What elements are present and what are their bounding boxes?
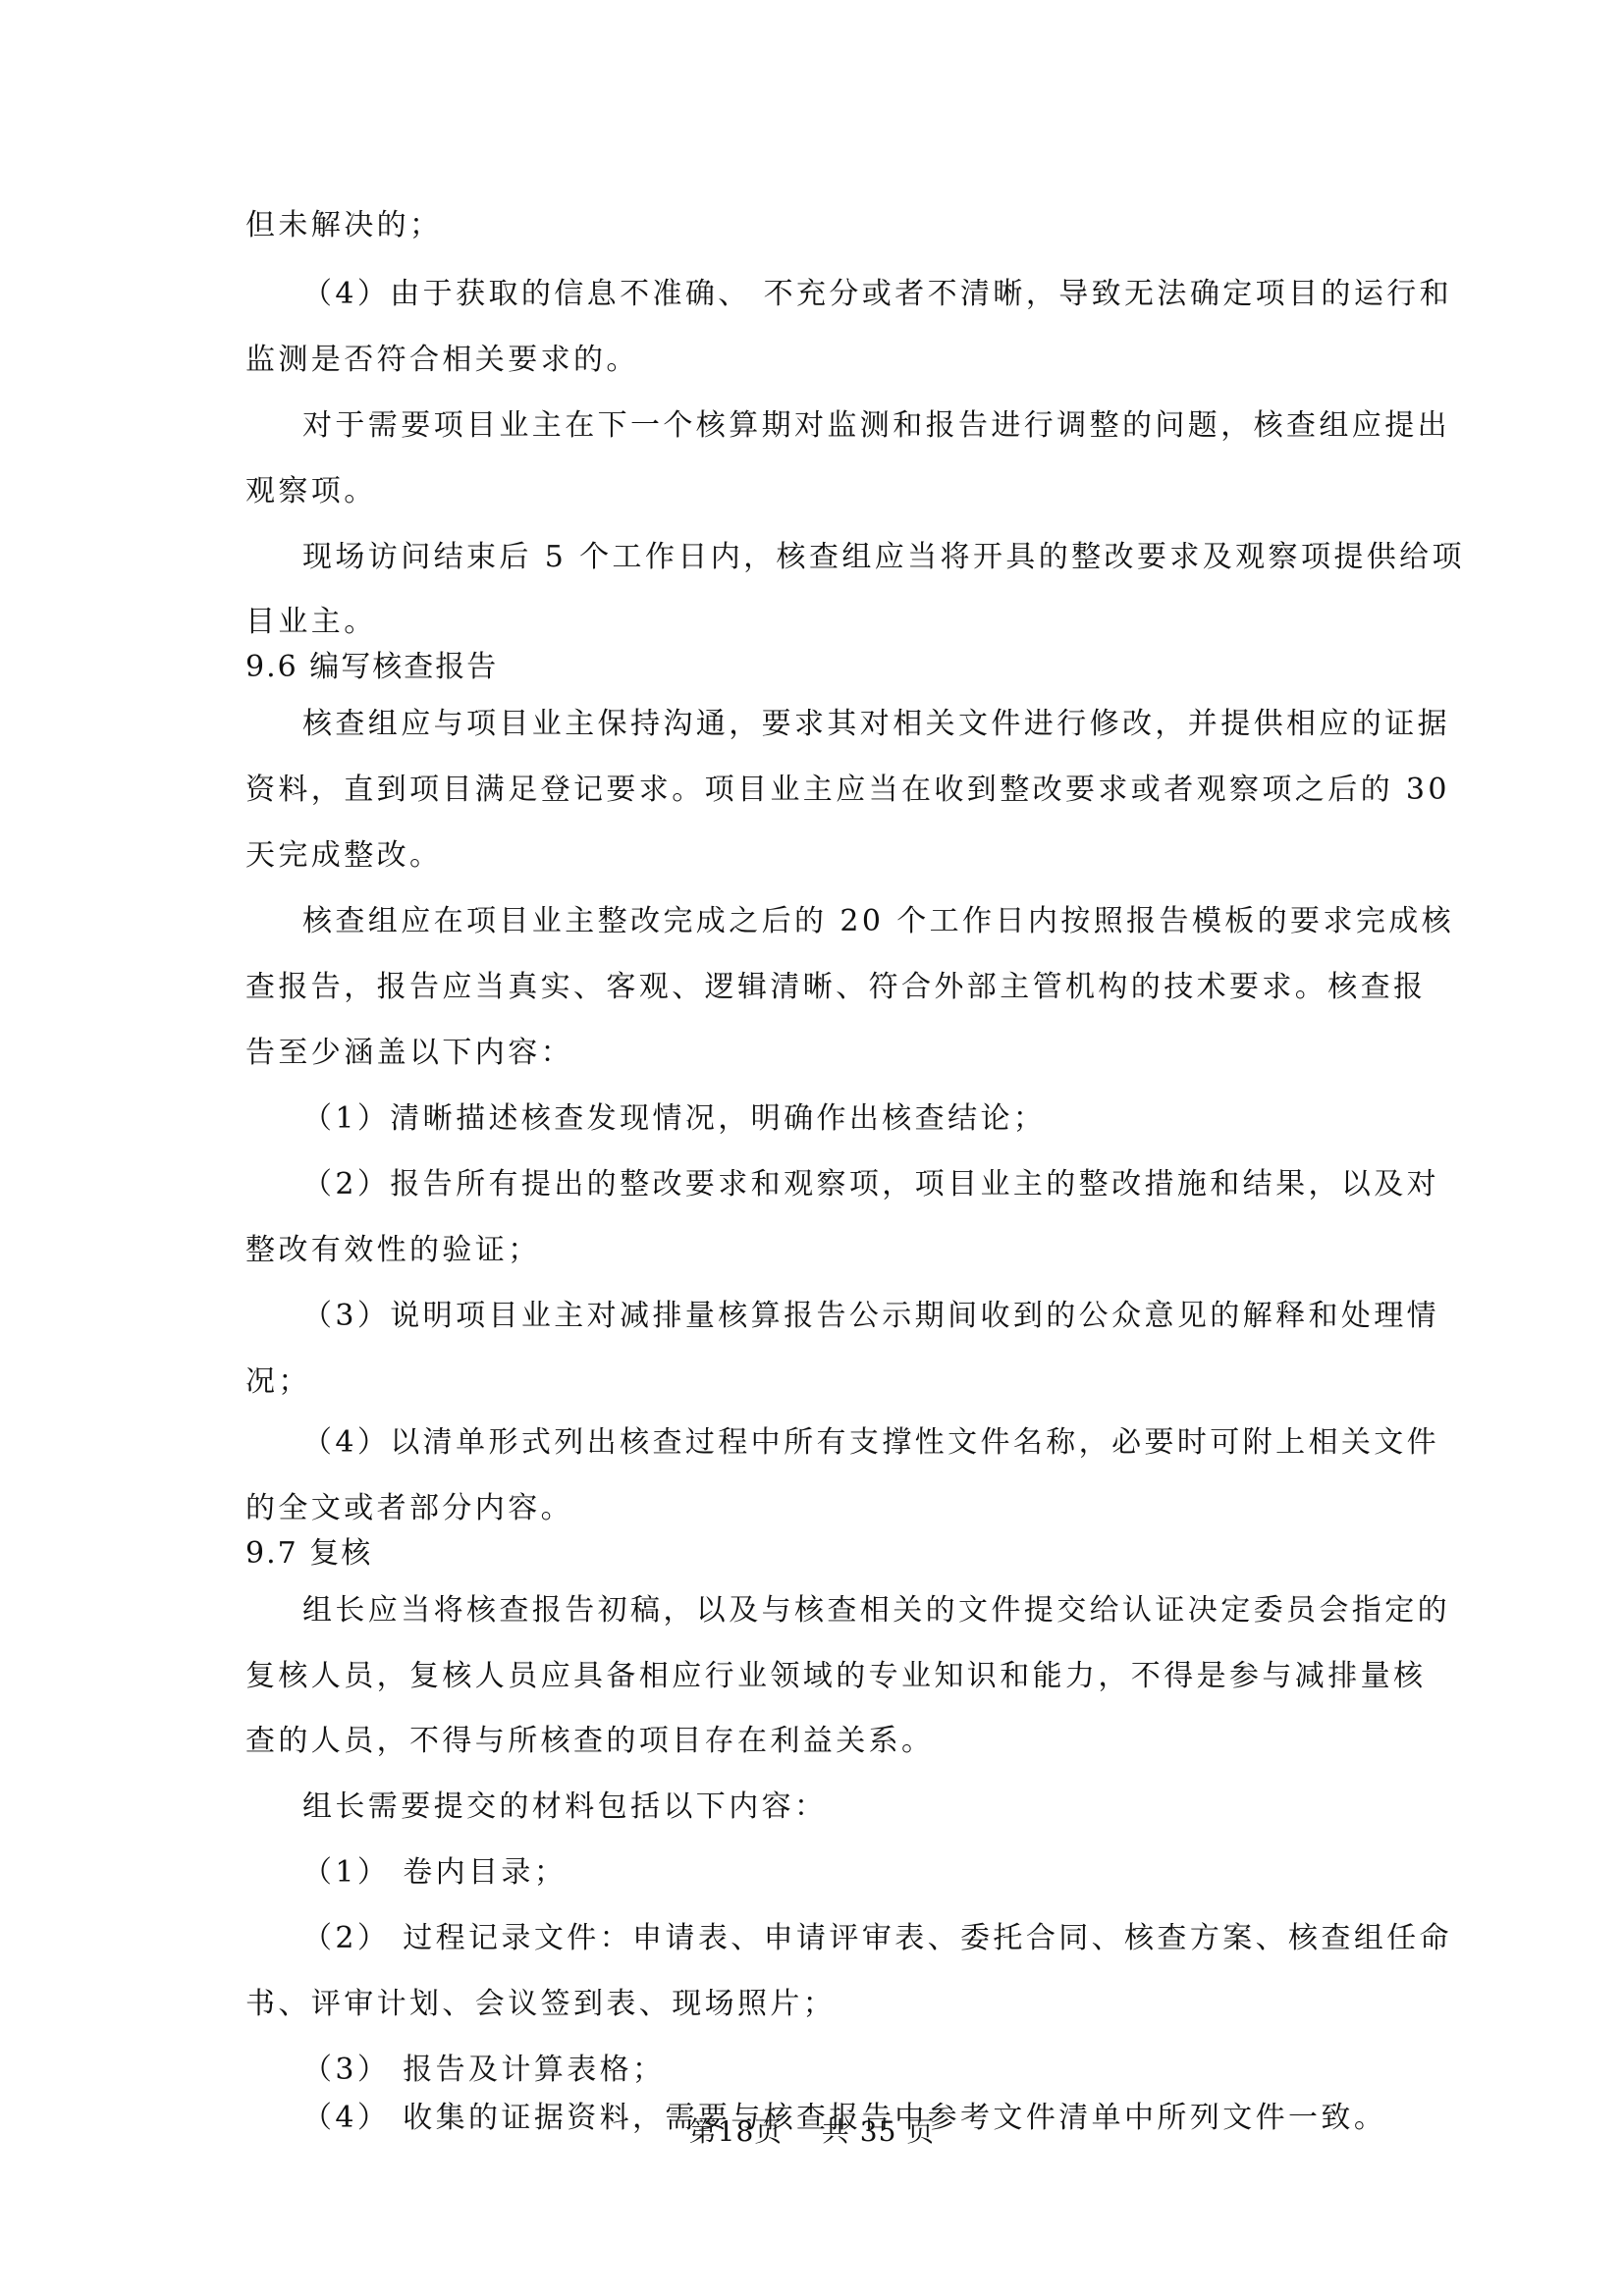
text-line: （2）报告所有提出的整改要求和观察项，项目业主的整改措施和结果，以及对: [302, 1167, 1520, 1202]
page-footer: 第18页 共 35 页: [0, 2115, 1624, 2149]
text-line: （3） 报告及计算表格；: [302, 2053, 1520, 2088]
text-line: 组长应当将核查报告初稿，以及与核查相关的文件提交给认证决定委员会指定的: [302, 1593, 1520, 1629]
text-line: 整改有效性的验证；: [245, 1233, 1463, 1268]
text-line: （1） 卷内目录；: [302, 1855, 1520, 1891]
text-line: 组长需要提交的材料包括以下内容：: [302, 1789, 1520, 1825]
text-line: 监测是否符合相关要求的。: [245, 343, 1463, 378]
text-line: 查报告，报告应当真实、客观、逻辑清晰、符合外部主管机构的技术要求。核查报: [245, 970, 1463, 1005]
text-line: 核查组应在项目业主整改完成之后的 20 个工作日内按照报告模板的要求完成核: [302, 904, 1520, 939]
text-line: 核查组应与项目业主保持沟通，要求其对相关文件进行修改，并提供相应的证据: [302, 707, 1520, 742]
text-line: （4）由于获取的信息不准确、 不充分或者不清晰，导致无法确定项目的运行和: [302, 277, 1520, 312]
text-line: 资料，直到项目满足登记要求。项目业主应当在收到整改要求或者观察项之后的 30: [245, 773, 1463, 808]
text-line: 目业主。: [245, 605, 1463, 640]
text-line: 但未解决的；: [245, 208, 1463, 243]
text-line: 对于需要项目业主在下一个核算期对监测和报告进行调整的问题，核查组应提出: [302, 408, 1520, 444]
text-line: 观察项。: [245, 474, 1463, 509]
text-line: 况；: [245, 1364, 1463, 1400]
section-heading: 9.7 复核: [245, 1536, 1463, 1572]
text-line: （4）以清单形式列出核查过程中所有支撑性文件名称，必要时可附上相关文件: [302, 1425, 1520, 1461]
text-line: （2） 过程记录文件：申请表、申请评审表、委托合同、核查方案、核查组任命: [302, 1921, 1520, 1956]
text-line: 天完成整改。: [245, 838, 1463, 874]
text-line: （3）说明项目业主对减排量核算报告公示期间收到的公众意见的解释和处理情: [302, 1299, 1520, 1334]
text-line: 的全文或者部分内容。: [245, 1491, 1463, 1526]
text-line: （1）清晰描述核查发现情况，明确作出核查结论；: [302, 1101, 1520, 1137]
text-line: 现场访问结束后 5 个工作日内，核查组应当将开具的整改要求及观察项提供给项: [302, 540, 1520, 575]
text-line: 书、评审计划、会议签到表、现场照片；: [245, 1987, 1463, 2022]
text-line: 查的人员，不得与所核查的项目存在利益关系。: [245, 1724, 1463, 1759]
text-line: 复核人员，复核人员应具备相应行业领域的专业知识和能力，不得是参与减排量核: [245, 1659, 1463, 1694]
document-page: 但未解决的；（4）由于获取的信息不准确、 不充分或者不清晰，导致无法确定项目的运…: [0, 0, 1624, 2296]
text-line: 告至少涵盖以下内容：: [245, 1036, 1463, 1071]
section-heading: 9.6 编写核查报告: [245, 650, 1463, 685]
